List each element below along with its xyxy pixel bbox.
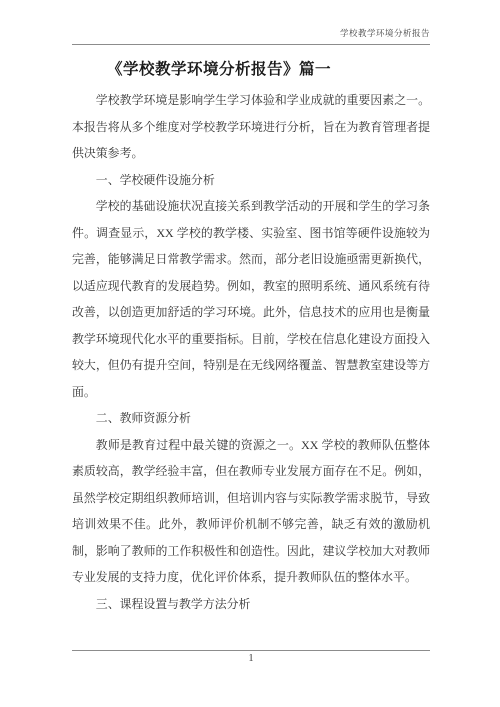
- section-heading-curriculum-methods: 三、课程设置与教学方法分析: [72, 591, 430, 618]
- page-number: 1: [72, 653, 430, 664]
- document-page: 学校教学环境分析报告 《学校教学环境分析报告》篇一 学校教学环境是影响学生学习体…: [0, 0, 500, 707]
- paragraph-teacher-resources: 教师是教育过程中最关键的资源之一。XX 学校的教师队伍整体素质较高，教学经验丰富…: [72, 432, 430, 591]
- section-heading-teacher-resources: 二、教师资源分析: [72, 405, 430, 432]
- section-heading-hardware-facilities: 一、学校硬件设施分析: [72, 167, 430, 194]
- footer-divider: [72, 650, 430, 651]
- page-header-text: 学校教学环境分析报告: [340, 27, 430, 39]
- document-content: 《学校教学环境分析报告》篇一 学校教学环境是影响学生学习体验和学业成就的重要因素…: [72, 57, 430, 617]
- document-title: 《学校教学环境分析报告》篇一: [72, 57, 430, 83]
- paragraph-introduction: 学校教学环境是影响学生学习体验和学业成就的重要因素之一。本报告将从多个维度对学校…: [72, 87, 430, 167]
- paragraph-hardware-facilities: 学校的基础设施状况直接关系到教学活动的开展和学生的学习条件。调查显示，XX 学校…: [72, 193, 430, 405]
- header-divider: [72, 44, 430, 45]
